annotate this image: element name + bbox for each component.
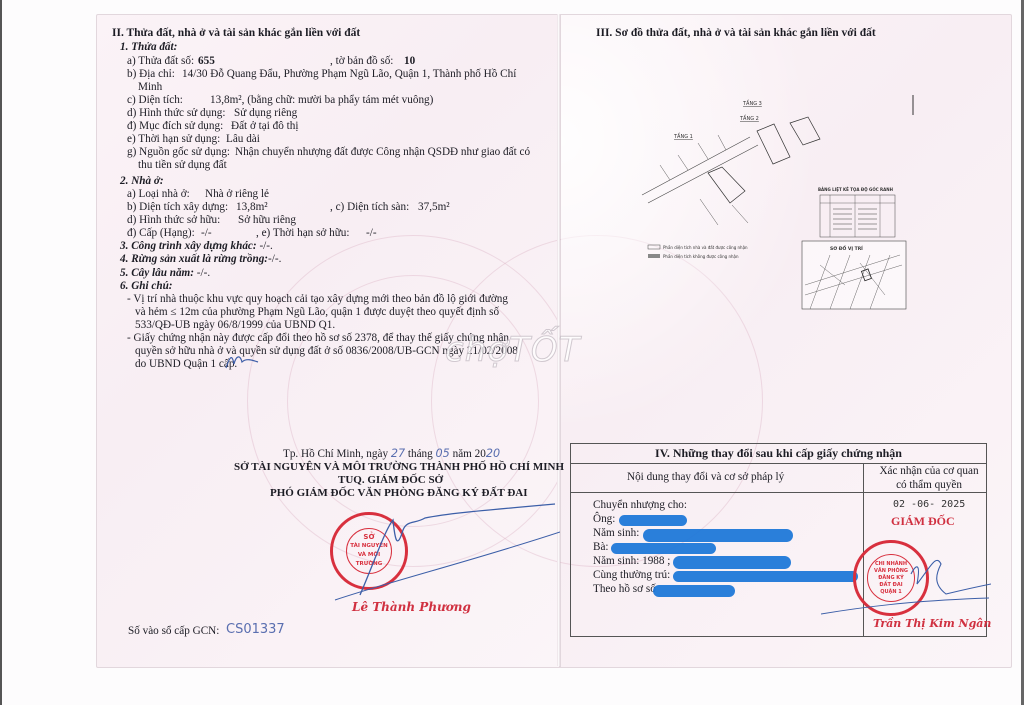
address-label: b) Địa chỉ: [127, 68, 175, 82]
use-origin-value-cont: thu tiền sử dụng đất [138, 159, 227, 173]
area-label: c) Diện tích: [127, 94, 183, 108]
grade-label: đ) Cấp (Hạng): [127, 227, 195, 241]
redaction-mark [673, 556, 791, 569]
col-confirm-header: Xác nhận của cơ quan có thẩm quyền [873, 465, 985, 492]
signature-right [821, 544, 991, 624]
address-value-cont: Minh [138, 81, 162, 95]
registry-label: Số vào sổ cấp GCN: [128, 625, 219, 639]
change-line: Ông: [593, 513, 615, 527]
notes-heading: 6. Ghi chú: [120, 280, 173, 294]
note-line: và hẻm ≤ 12m của phường Phạm Ngũ Lão, qu… [135, 306, 499, 320]
building-area-label: b) Diện tích xây dựng: [127, 201, 228, 215]
change-line: Năm sinh: 1988 ; [593, 555, 670, 569]
use-origin-label: g) Nguồn gốc sử dụng: [127, 146, 230, 160]
svg-text:Phần diện tích nhà và đất được: Phần diện tích nhà và đất được công nhận [663, 245, 748, 250]
col-content-header: Nội dung thay đổi và cơ sở pháp lý [627, 471, 784, 485]
signer-position: PHÓ GIÁM ĐỐC VĂN PHÒNG ĐĂNG KÝ ĐẤT ĐAI [270, 487, 528, 501]
map-sheet-label: , tờ bản đồ số: [330, 55, 393, 69]
note-line: - Vị trí nhà thuộc khu vực quy hoạch cải… [127, 293, 508, 307]
svg-text:TẦNG 2: TẦNG 2 [739, 114, 759, 122]
change-line: Năm sinh: [593, 527, 639, 541]
scan-edge-left [0, 0, 2, 705]
section-ii-title: II. Thửa đất, nhà ở và tài sản khác gắn … [112, 27, 360, 41]
change-line: Bà: [593, 541, 609, 555]
issuing-authority: SỞ TÀI NGUYÊN VÀ MÔI TRƯỜNG THÀNH PHỐ HỒ… [234, 461, 564, 475]
use-term-label: e) Thời hạn sử dụng: [127, 133, 220, 147]
ownership-term-value: -/- [366, 227, 377, 241]
signer-name-right: Trần Thị Kim Ngân [873, 617, 991, 630]
issue-month: 05 [436, 447, 450, 460]
issue-year-suffix: 20 [486, 447, 500, 460]
house-type-value: Nhà ở riêng lẻ [205, 188, 269, 202]
signature-left [315, 500, 560, 610]
redaction-mark [643, 529, 793, 542]
watermark-logo: chợTỐT [445, 330, 580, 370]
change-line: Cùng thường trú: [593, 569, 670, 583]
issue-date-line: Tp. Hồ Chí Minh, ngày 27 tháng 05 năm 20… [283, 447, 500, 462]
address-value: 14/30 Đỗ Quang Đẩu, Phường Phạm Ngũ Lão,… [182, 68, 516, 82]
use-purpose-label: đ) Mục đích sử dụng: [127, 120, 223, 134]
use-form-value: Sử dụng riêng [234, 107, 297, 121]
other-construction-heading: 3. Công trình xây dựng khác: -/-. [120, 240, 273, 254]
changes-table-title: IV. Những thay đổi sau khi cấp giấy chứn… [571, 444, 986, 464]
parcel-number-label: a) Thửa đất số: [127, 55, 194, 69]
use-purpose-value: Đất ở tại đô thị [231, 120, 298, 134]
house-heading: 2. Nhà ở: [120, 175, 164, 189]
building-area-value: 13,8m² [236, 201, 268, 215]
grade-value: -/- [201, 227, 212, 241]
ownership-form-value: Sở hữu riêng [238, 214, 296, 228]
issue-day: 27 [391, 447, 405, 460]
change-line: Theo hồ sơ số [593, 583, 656, 597]
floor-area-value: 37,5m² [418, 201, 450, 215]
changes-table: IV. Những thay đổi sau khi cấp giấy chứn… [570, 443, 987, 637]
map-sheet-value: 10 [404, 55, 415, 69]
confirmation-title: GIÁM ĐỐC [891, 514, 955, 529]
svg-text:TẦNG 3: TẦNG 3 [742, 99, 762, 107]
on-behalf-of: TUQ. GIÁM ĐỐC SỞ [338, 474, 443, 488]
redaction-mark [653, 585, 735, 597]
forest-heading: 4. Rừng sản xuất là rừng trồng:-/-. [120, 253, 281, 267]
svg-text:BẢNG LIỆT KÊ TỌA ĐỘ GÓC RANH: BẢNG LIỆT KÊ TỌA ĐỘ GÓC RANH [818, 187, 893, 192]
area-value: 13,8m², (bằng chữ: mười ba phẩy tám mét … [210, 94, 433, 108]
note-line: 533/QĐ-UB ngày 06/8/1999 của UBND Q1. [135, 319, 335, 333]
initials-signature [222, 350, 262, 372]
registry-value: CS01337 [226, 622, 285, 637]
perennial-heading: 5. Cây lâu năm: -/-. [120, 267, 210, 281]
use-form-label: d) Hình thức sử dụng: [127, 107, 226, 121]
floor-area-label: , c) Diện tích sàn: [330, 201, 409, 215]
svg-text:TẦNG 1: TẦNG 1 [673, 132, 693, 140]
section-iii-title: III. Sơ đồ thửa đất, nhà ở và tài sản kh… [596, 27, 876, 41]
use-term-value: Lâu dài [226, 133, 260, 147]
redaction-mark [619, 515, 687, 526]
ownership-form-label: d) Hình thức sở hữu: [127, 214, 220, 228]
svg-text:Phần diện tích không được công: Phần diện tích không được công nhận [663, 254, 739, 259]
land-heading: 1. Thửa đất: [120, 41, 177, 55]
parcel-number-value: 655 [198, 55, 215, 69]
house-type-label: a) Loại nhà ở: [127, 188, 190, 202]
change-line: Chuyển nhượng cho: [593, 499, 687, 513]
ownership-term-label: , e) Thời hạn sở hữu: [256, 227, 350, 241]
redaction-mark [611, 543, 716, 554]
signer-name-left: Lê Thành Phương [352, 600, 471, 614]
use-origin-value: Nhận chuyển nhượng đất được Công nhận QS… [235, 146, 530, 160]
confirmation-date: 02 -06- 2025 [893, 499, 965, 510]
